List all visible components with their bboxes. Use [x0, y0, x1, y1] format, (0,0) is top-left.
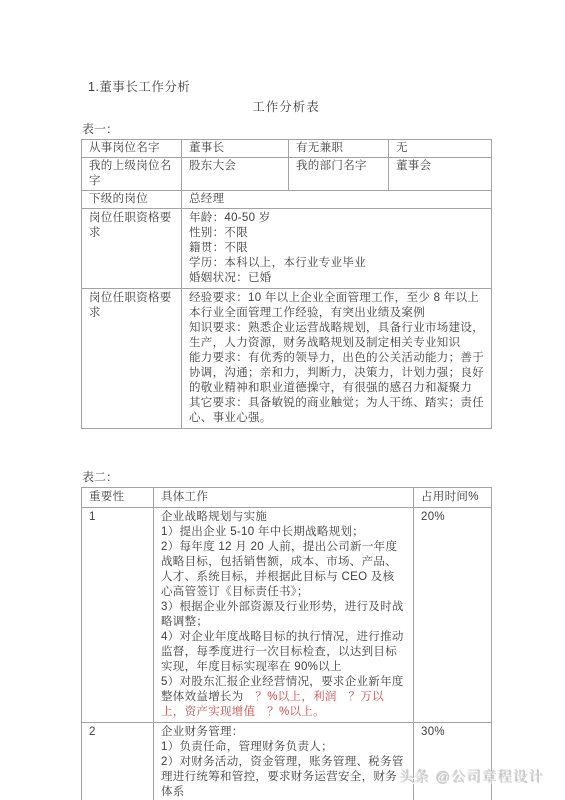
- table2-row1-importance: 1: [82, 508, 154, 723]
- table1-cell-department-label: 我的部门名字: [289, 158, 389, 191]
- table1-cell-qualification-label: 岗位任职资格要求: [82, 209, 182, 289]
- table1-label: 表一：: [82, 122, 491, 136]
- table-row: 下级的岗位 总经理: [82, 191, 492, 209]
- document-heading: 1.董事长工作分析: [88, 80, 491, 95]
- watermark-credit: 头条 @公司章程设计: [400, 767, 545, 787]
- table1-cell-qualification-detail: 经验要求：10 年以上企业全面管理工作，至少 8 年以上本行业全面管理工作经验，…: [182, 289, 492, 429]
- table-row: 我的上级岗位名字 股东大会 我的部门名字 董事会: [82, 158, 492, 191]
- table1-job-info: 从事岗位名字 董事长 有无兼职 无 我的上级岗位名字 股东大会 我的部门名字 董…: [81, 139, 492, 429]
- qualification-line-age: 年龄：40-50 岁: [189, 211, 484, 226]
- qualification-line-gender: 性别：不限: [189, 226, 484, 241]
- table1-cell-parttime-value: 无: [389, 140, 492, 158]
- table1-cell-position-label: 从事岗位名字: [82, 140, 182, 158]
- table-row: 1 企业战略规划与实施 1）提出企业 5-10 年中长期战略规划； 2）每年度 …: [82, 508, 492, 723]
- table1-cell-superior-label: 我的上级岗位名字: [82, 158, 182, 191]
- table-row: 2 企业财务管理： 1）负责任命，管理财务负责人； 2）对财务活动，资金管理，账…: [82, 723, 492, 800]
- work-item-1: 1）提出企业 5-10 年中长期战略规划；: [161, 525, 406, 540]
- qualification-line-other: 其它要求：具备敏锐的商业触觉；为人干练、踏实；责任心、事业心强。: [189, 396, 484, 426]
- qualification-line-experience: 经验要求：10 年以上企业全面管理工作，至少 8 年以上本行业全面管理工作经验，…: [189, 291, 484, 321]
- table2-header-work: 具体工作: [154, 488, 414, 508]
- table-header-row: 重要性 具体工作 占用时间%: [82, 488, 492, 508]
- qualification-line-education: 学历：本科以上，本行业专业毕业: [189, 256, 484, 271]
- qualification-line-ability: 能力要求：有优秀的领导力，出色的公关活动能力；善于协调，沟通；亲和力，判断力，决…: [189, 351, 484, 396]
- table2-header-importance: 重要性: [82, 488, 154, 508]
- work-item-1: 1）负责任命，管理财务负责人；: [161, 740, 406, 755]
- table2-row2-work: 企业财务管理： 1）负责任命，管理财务负责人； 2）对财务活动，资金管理，账务管…: [154, 723, 414, 800]
- table-row: 从事岗位名字 董事长 有无兼职 无: [82, 140, 492, 158]
- document-content: 1.董事长工作分析 工作分析表 表一： 从事岗位名字 董事长 有无兼职 无 我的…: [81, 80, 491, 800]
- document-table-title: 工作分析表: [81, 100, 491, 115]
- table-row: 岗位任职资格要求 年龄：40-50 岁 性别：不限 籍贯：不限 学历：本科以上，…: [82, 209, 492, 289]
- qualification-line-knowledge: 知识要求：熟悉企业运营战略规划，具备行业市场建设，生产，人力资源，财务战略规划及…: [189, 321, 484, 351]
- table1-cell-qualification2-label: 岗位任职资格要求: [82, 289, 182, 429]
- table2-header-time: 占用时间%: [414, 488, 492, 508]
- work-item-5: 5）对股东汇报企业经营情况，要求企业新年度整体效益增长为 ？%以上，利润 ？万以…: [161, 675, 406, 720]
- table1-cell-position-value: 董事长: [182, 140, 289, 158]
- table2-specific-work: 重要性 具体工作 占用时间% 1 企业战略规划与实施 1）提出企业 5-10 年…: [81, 487, 492, 800]
- table2-row2-time: 30%: [414, 723, 492, 800]
- table-row: 岗位任职资格要求 经验要求：10 年以上企业全面管理工作，至少 8 年以上本行业…: [82, 289, 492, 429]
- table1-cell-department-value: 董事会: [389, 158, 492, 191]
- table1-cell-subordinate-value: 总经理: [182, 191, 492, 209]
- table2-row1-time: 20%: [414, 508, 492, 723]
- work-item-title: 企业财务管理：: [161, 725, 406, 740]
- table2-section: 表二： 重要性 具体工作 占用时间% 1 企业战略规划与实施 1）提出企业 5-…: [81, 470, 491, 800]
- work-item-4: 4）对企业年度战略目标的执行情况，进行推动监督，每季度进行一次目标检查，以达到目…: [161, 630, 406, 675]
- qualification-line-origin: 籍贯：不限: [189, 241, 484, 256]
- qualification-line-marital: 婚姻状况：已婚: [189, 271, 484, 286]
- table1-cell-parttime-label: 有无兼职: [289, 140, 389, 158]
- table1-cell-qualification-basic: 年龄：40-50 岁 性别：不限 籍贯：不限 学历：本科以上，本行业专业毕业 婚…: [182, 209, 492, 289]
- table1-cell-superior-value: 股东大会: [182, 158, 289, 191]
- table2-label: 表二：: [82, 470, 491, 484]
- work-item-title: 企业战略规划与实施: [161, 510, 406, 525]
- work-item-2: 2）每年度 12 月 20 人前，提出公司新一年度战略目标，包括销售额，成本、市…: [161, 540, 406, 600]
- document-page: 1.董事长工作分析 工作分析表 表一： 从事岗位名字 董事长 有无兼职 无 我的…: [0, 0, 565, 800]
- table1-cell-subordinate-label: 下级的岗位: [82, 191, 182, 209]
- table2-row2-importance: 2: [82, 723, 154, 800]
- table2-row1-work: 企业战略规划与实施 1）提出企业 5-10 年中长期战略规划； 2）每年度 12…: [154, 508, 414, 723]
- work-item-3: 3）根据企业外部资源及行业形势，进行及时战略调整；: [161, 600, 406, 630]
- work-item-2: 2）对财务活动，资金管理，账务管理、税务管理进行统筹和管控，要求财务运营安全，财…: [161, 755, 406, 800]
